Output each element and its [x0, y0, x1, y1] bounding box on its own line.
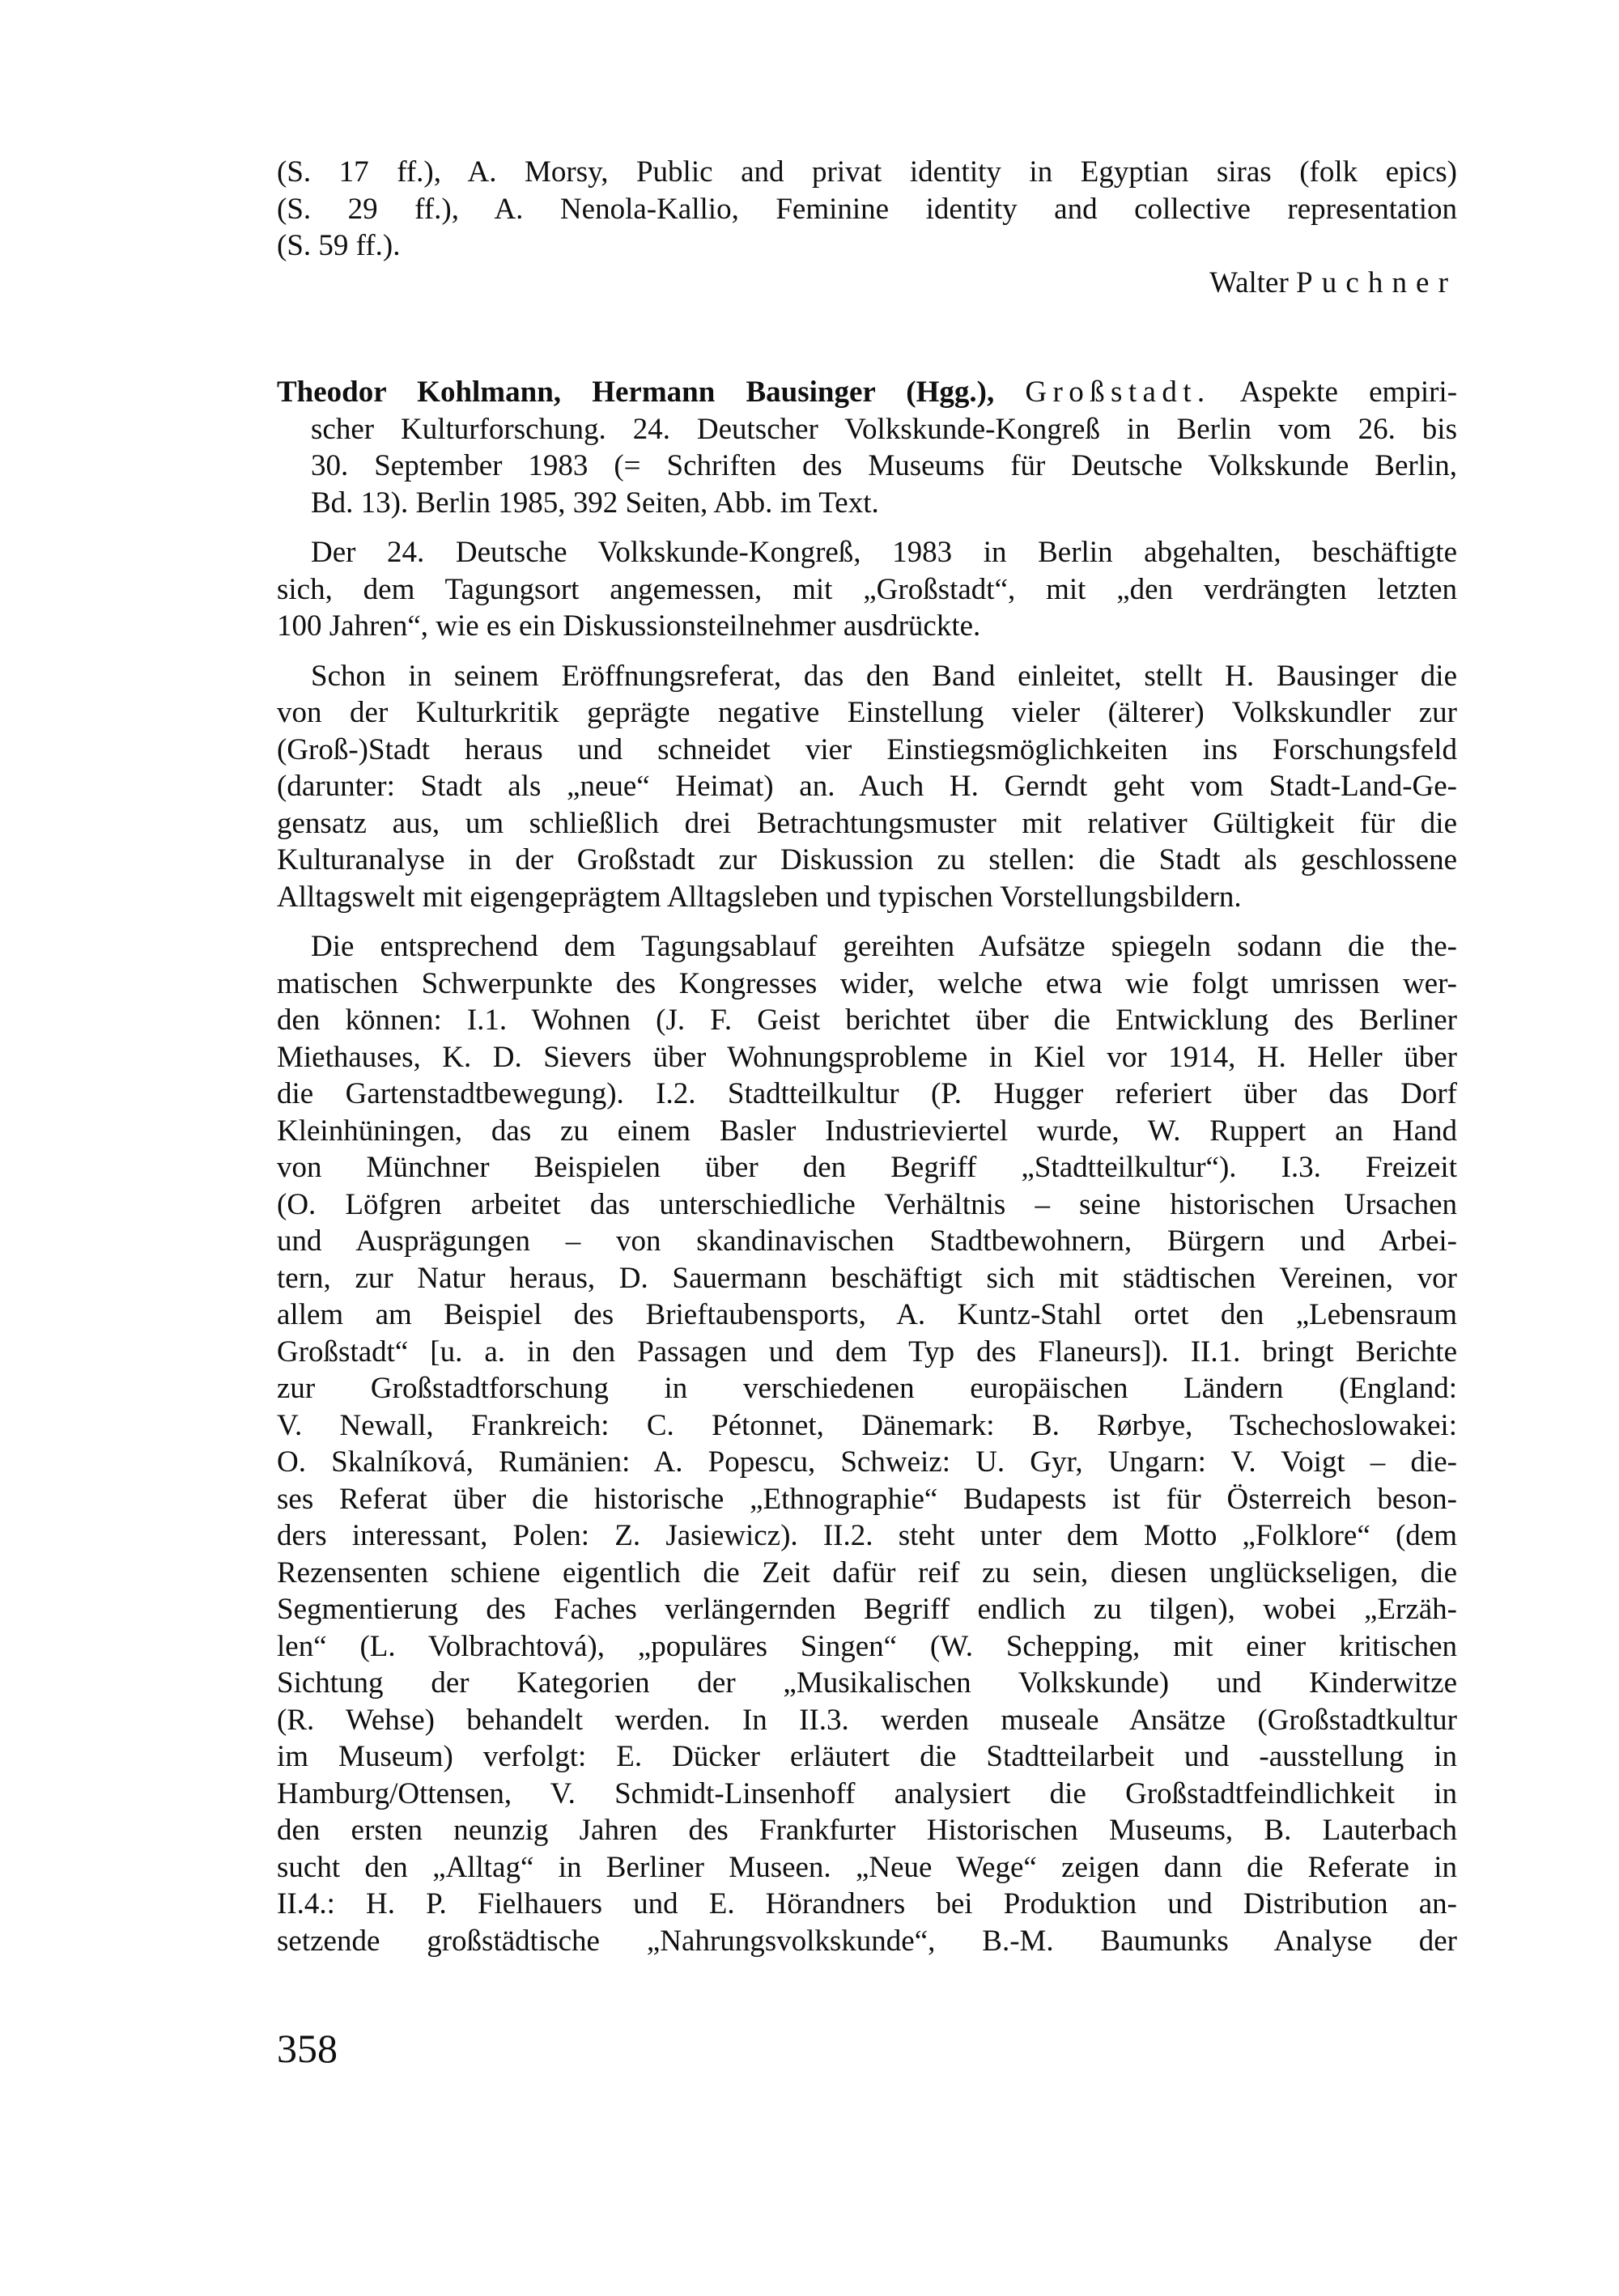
text-line: Der 24. Deutsche Volkskunde-Kongreß, 198… — [277, 534, 1457, 571]
section-spacer — [277, 301, 1457, 374]
text-line: ders interessant, Polen: Z. Jasiewicz). … — [277, 1517, 1457, 1555]
text-line: Kulturanalyse in der Großstadt zur Disku… — [277, 842, 1457, 879]
text-line: V. Newall, Frankreich: C. Pétonnet, Däne… — [277, 1407, 1457, 1445]
text-line: und Ausprägungen – von skandinavischen S… — [277, 1223, 1457, 1260]
text-line: von der Kulturkritik geprägte negative E… — [277, 694, 1457, 732]
text-line: Rezensenten schiene eigentlich die Zeit … — [277, 1555, 1457, 1592]
text-line: (R. Wehse) behandelt werden. In II.3. we… — [277, 1702, 1457, 1739]
text-line: Alltagswelt mit eigengeprägtem Alltagsle… — [277, 879, 1457, 916]
reviewer-signature: Walter Puchner — [277, 265, 1457, 302]
paragraph-spacer — [277, 645, 1457, 658]
text-line: Schon in seinem Eröffnungsreferat, das d… — [277, 658, 1457, 695]
text-line: (Groß-)Stadt heraus und schneidet vier E… — [277, 732, 1457, 769]
text-line: Segmentierung des Faches verlängernden B… — [277, 1591, 1457, 1628]
text-line: allem am Beispiel des Brieftaubensports,… — [277, 1297, 1457, 1334]
text-line: sucht den „Alltag“ in Berliner Museen. „… — [277, 1849, 1457, 1886]
review-heading-line: Theodor Kohlmann, Hermann Bausinger (Hgg… — [277, 374, 1457, 411]
text-line: Hamburg/Ottensen, V. Schmidt-Linsenhoff … — [277, 1776, 1457, 1813]
text-line: Kleinhüningen, das zu einem Basler Indus… — [277, 1113, 1457, 1150]
paragraph-spacer — [277, 521, 1457, 534]
paragraph-spacer — [277, 915, 1457, 928]
review-heading-line: scher Kulturforschung. 24. Deutscher Vol… — [277, 411, 1457, 448]
text-line: setzende großstädtische „Nahrungsvolksku… — [277, 1923, 1457, 1960]
text-line: Sichtung der Kategorien der „Musikalisch… — [277, 1665, 1457, 1702]
text-line: den ersten neunzig Jahren des Frankfurte… — [277, 1812, 1457, 1849]
review-heading-line: 30. September 1983 (= Schriften des Muse… — [277, 448, 1457, 485]
text-line: Miethauses, K. D. Sievers über Wohnungsp… — [277, 1039, 1457, 1076]
text-line: (S. 17 ff.), A. Morsy, Public and privat… — [277, 154, 1457, 191]
text-line: Großstadt“ [u. a. in den Passagen und de… — [277, 1334, 1457, 1371]
text-line: len“ (L. Volbrachtová), „populäres Singe… — [277, 1628, 1457, 1666]
text-line: von Münchner Beispielen über den Begriff… — [277, 1149, 1457, 1186]
text-line: zur Großstadtforschung in verschiedenen … — [277, 1370, 1457, 1407]
text-line: ses Referat über die historische „Ethnog… — [277, 1481, 1457, 1518]
text-line: (O. Löfgren arbeitet das unterschiedlich… — [277, 1186, 1457, 1224]
text-line: (S. 29 ff.), A. Nenola-Kallio, Feminine … — [277, 191, 1457, 228]
text-part: Aspekte empiri- — [1211, 376, 1457, 409]
text-line: sich, dem Tagungsort angemessen, mit „Gr… — [277, 571, 1457, 609]
review-heading-line: Bd. 13). Berlin 1985, 392 Seiten, Abb. i… — [277, 485, 1457, 522]
text-line: die Gartenstadtbewegung). I.2. Stadtteil… — [277, 1076, 1457, 1113]
text-part: Walter — [1209, 266, 1296, 299]
text-line: Die entsprechend dem Tagungsablauf gerei… — [277, 928, 1457, 966]
text-part — [994, 376, 1025, 409]
text-line: (S. 59 ff.). — [277, 227, 1457, 265]
letterspaced-text: Puchner — [1296, 266, 1457, 299]
letterspaced-text: Großstadt. — [1025, 376, 1210, 409]
text-line: den können: I.1. Wohnen (J. F. Geist ber… — [277, 1002, 1457, 1039]
bold-text: Theodor Kohlmann, Hermann Bausinger (Hgg… — [277, 376, 994, 409]
text-line: 100 Jahren“, wie es ein Diskussionsteiln… — [277, 608, 1457, 645]
text-line: im Museum) verfolgt: E. Dücker erläutert… — [277, 1738, 1457, 1776]
text-line: matischen Schwerpunkte des Kongresses wi… — [277, 966, 1457, 1003]
text-block: (S. 17 ff.), A. Morsy, Public and privat… — [277, 154, 1457, 1959]
text-line: (darunter: Stadt als „neue“ Heimat) an. … — [277, 768, 1457, 805]
document-page: (S. 17 ff.), A. Morsy, Public and privat… — [0, 0, 1619, 2296]
page-number: 358 — [277, 2026, 338, 2071]
text-line: tern, zur Natur heraus, D. Sauermann bes… — [277, 1260, 1457, 1297]
text-line: gensatz aus, um schließlich drei Betrach… — [277, 805, 1457, 842]
text-line: II.4.: H. P. Fielhauers und E. Hörandner… — [277, 1886, 1457, 1923]
text-line: O. Skalníková, Rumänien: A. Popescu, Sch… — [277, 1444, 1457, 1481]
